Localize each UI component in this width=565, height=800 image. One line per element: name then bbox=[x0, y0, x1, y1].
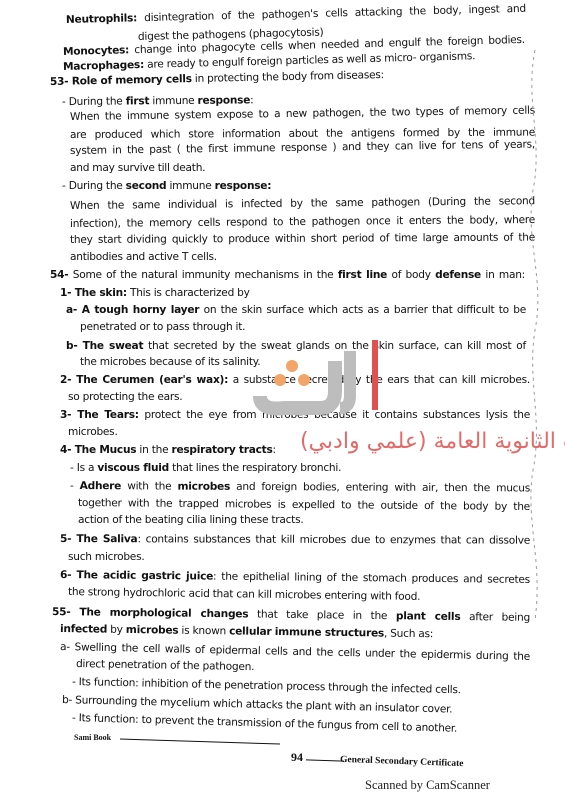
bold-term: viscous fluid bbox=[97, 462, 169, 474]
bold-term: response: bbox=[215, 180, 272, 192]
text-line: - Its function: inhibition of the penetr… bbox=[72, 676, 461, 697]
text-line: and may survive till death. bbox=[70, 162, 205, 175]
bold-term: 2- The Cerumen (ear's wax): bbox=[60, 374, 228, 386]
text-span: so protecting the ears. bbox=[68, 391, 182, 403]
bold-term: 55- The morphological changes bbox=[52, 606, 248, 620]
text-line: action of the beating cilia lining these… bbox=[78, 514, 303, 527]
bold-term: Monocytes: bbox=[63, 44, 129, 58]
bold-term: second bbox=[126, 180, 167, 192]
text-line: 55- The morphological changes that take … bbox=[52, 606, 530, 625]
text-span: and foreign bodies, entering with air, t… bbox=[230, 481, 530, 495]
text-span: the strong hydrochloric acid that can ki… bbox=[68, 586, 420, 603]
bold-term: cellular immune structures bbox=[229, 625, 384, 639]
page-number: 94 bbox=[291, 750, 303, 765]
bold-term: response bbox=[197, 94, 250, 106]
text-line: - Is a viscous fluid that lines the resp… bbox=[70, 462, 341, 475]
text-line: microbes. bbox=[68, 426, 118, 439]
bold-term: Neutrophils: bbox=[66, 12, 137, 26]
text-span: immune bbox=[166, 180, 214, 192]
text-line: 4- The Mucus in the respiratory tracts: bbox=[60, 444, 276, 457]
text-span: disintegration of the pathogen's cells a… bbox=[137, 3, 526, 24]
text-line: together with the trapped microbes is ex… bbox=[78, 497, 530, 514]
text-line: infected by microbes is known cellular i… bbox=[60, 623, 433, 641]
text-line: - Adhere with the microbes and foreign b… bbox=[70, 480, 530, 495]
text-line: - During the second immune response: bbox=[62, 180, 271, 193]
text-span: - Is a bbox=[70, 462, 97, 474]
text-line: the microbes because of its salinity. bbox=[80, 356, 260, 369]
bold-term: 6- The acidic gastric juice bbox=[60, 569, 213, 583]
text-line: - Its function: to prevent the transmiss… bbox=[72, 712, 457, 736]
text-span: : bbox=[250, 94, 253, 106]
text-span: that take place in the bbox=[248, 608, 396, 622]
text-line: 6- The acidic gastric juice: the epithel… bbox=[60, 569, 530, 587]
footer-rule-right bbox=[306, 759, 344, 761]
footer-book-title: Sami Book bbox=[74, 733, 111, 742]
text-line: the strong hydrochloric acid that can ki… bbox=[68, 586, 420, 604]
bold-term: first line bbox=[338, 269, 387, 281]
text-span: - bbox=[70, 480, 80, 492]
text-span: by bbox=[107, 624, 126, 636]
text-span: Some of the natural immunity mechanisms … bbox=[68, 269, 337, 281]
text-line: such microbes. bbox=[68, 551, 144, 564]
text-span: of body bbox=[387, 269, 435, 281]
bold-term: infected bbox=[60, 623, 107, 636]
text-span: This is characterized by bbox=[127, 287, 250, 299]
text-line: - During the first immune response: bbox=[62, 94, 254, 109]
text-span: immune bbox=[149, 95, 197, 107]
text-span: antibodies and active T cells. bbox=[70, 251, 217, 263]
text-span: and may survive till death. bbox=[70, 162, 205, 174]
text-span: together with the trapped microbes is ex… bbox=[78, 497, 530, 513]
bold-term: first bbox=[126, 95, 150, 107]
text-line: they start dividing quickly to produce w… bbox=[70, 232, 535, 247]
bold-term: Adhere bbox=[80, 480, 121, 492]
text-span: that lines the respiratory bronchi. bbox=[169, 462, 341, 474]
bold-term: defense bbox=[435, 269, 481, 281]
bold-term: microbes bbox=[178, 481, 231, 493]
text-span: the microbes because of its salinity. bbox=[80, 356, 260, 368]
text-span: b- Surrounding the mycelium which attack… bbox=[62, 694, 453, 716]
text-span: When the same individual is infected by … bbox=[70, 195, 535, 212]
text-span: - Its function: to prevent the transmiss… bbox=[72, 712, 457, 735]
bold-term: 3- The Tears: bbox=[60, 409, 139, 421]
text-span: they start dividing quickly to produce w… bbox=[70, 232, 535, 246]
text-line: 5- The Saliva: contains substances that … bbox=[60, 533, 530, 548]
text-line: Neutrophils: disintegration of the patho… bbox=[66, 3, 526, 27]
bold-term: microbes bbox=[126, 624, 179, 637]
bold-term: 54- bbox=[50, 269, 68, 281]
bold-term: 53- Role of memory cells bbox=[50, 73, 192, 88]
footer-certificate: General Secondary Certificate bbox=[340, 755, 464, 769]
text-span: microbes. bbox=[68, 426, 118, 438]
text-span: , Such as: bbox=[384, 628, 433, 641]
scanner-stamp: Scanned by CamScanner bbox=[365, 778, 490, 793]
text-line: When the same individual is infected by … bbox=[70, 195, 535, 213]
text-span: - Its function: inhibition of the penetr… bbox=[72, 676, 461, 696]
text-span: such microbes. bbox=[68, 551, 144, 563]
text-line: a- A tough horny layer on the skin surfa… bbox=[66, 304, 526, 317]
bold-term: respiratory tracts bbox=[171, 444, 272, 456]
bold-term: 4- The Mucus bbox=[60, 444, 136, 456]
text-span: infection), the memory cells respond to … bbox=[70, 214, 535, 230]
text-line: so protecting the ears. bbox=[68, 391, 182, 404]
text-line: 1- The skin: This is characterized by bbox=[60, 287, 250, 300]
text-span: action of the beating cilia lining these… bbox=[78, 514, 303, 526]
scanned-page: Neutrophils: disintegration of the patho… bbox=[0, 0, 565, 800]
text-span: is known bbox=[178, 625, 229, 638]
footer-rule-left bbox=[120, 738, 280, 744]
handwritten-margin-note bbox=[515, 20, 555, 660]
text-span: - During the bbox=[62, 180, 126, 192]
text-span: direct penetration of the pathogen. bbox=[76, 658, 254, 673]
text-line: 54- Some of the natural immunity mechani… bbox=[50, 269, 525, 282]
watermark-logo-icon bbox=[240, 336, 390, 416]
bold-term: Macrophages: bbox=[63, 59, 144, 73]
bold-term: b- The sweat bbox=[66, 340, 143, 352]
text-span: : the epithelial lining of the stomach p… bbox=[213, 571, 530, 586]
text-line: penetrated or to pass through it. bbox=[80, 321, 245, 334]
bold-term: plant cells bbox=[396, 610, 461, 623]
text-line: antibodies and active T cells. bbox=[70, 251, 217, 264]
text-line: infection), the memory cells respond to … bbox=[70, 214, 535, 231]
text-span: in protecting the body from diseases: bbox=[192, 69, 385, 85]
text-span: : bbox=[273, 444, 276, 456]
text-span: - During the bbox=[62, 95, 126, 108]
text-span: : contains substances that kill microbes… bbox=[137, 533, 530, 546]
bold-term: a- A tough horny layer bbox=[66, 304, 199, 316]
text-line: direct penetration of the pathogen. bbox=[76, 658, 254, 674]
bold-term: 5- The Saliva bbox=[60, 533, 137, 545]
text-span: with the bbox=[121, 480, 177, 492]
bold-term: 1- The skin: bbox=[60, 287, 127, 299]
text-span: on the skin surface which acts as a barr… bbox=[199, 304, 526, 316]
text-span: penetrated or to pass through it. bbox=[80, 321, 245, 333]
text-span: in the bbox=[136, 444, 171, 456]
